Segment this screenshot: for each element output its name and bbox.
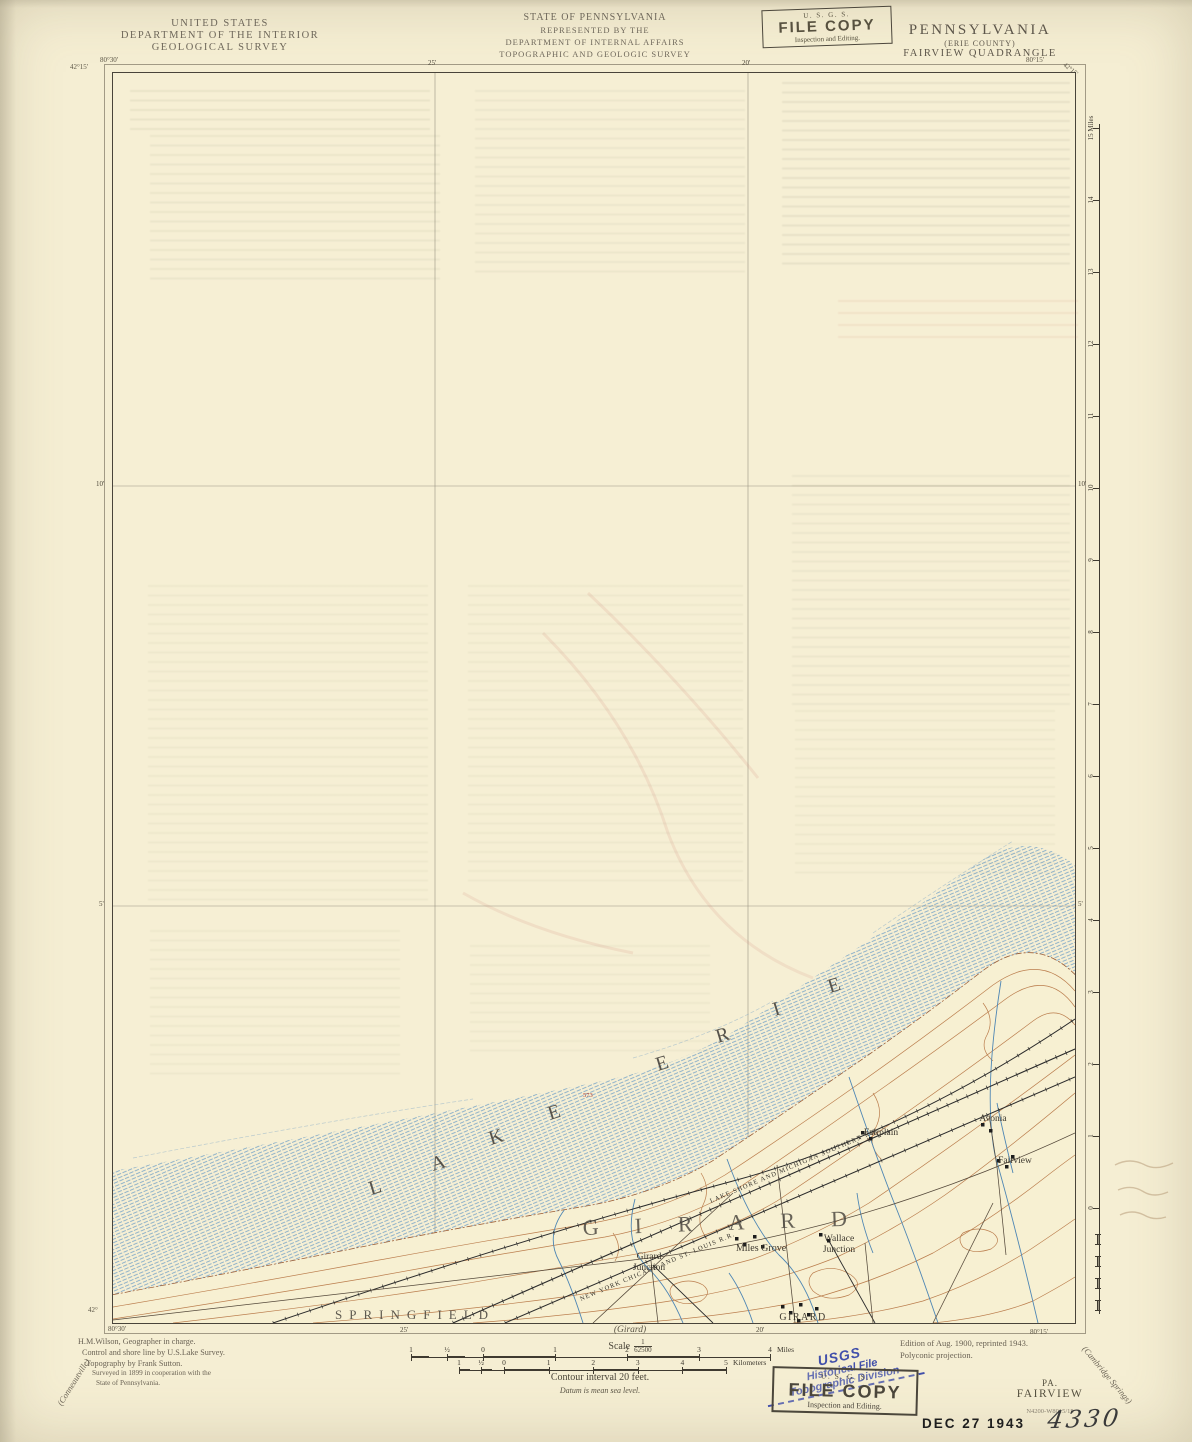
edge-tick-top-25: 25' <box>428 59 436 67</box>
km-label: 5 <box>724 1358 728 1367</box>
credit-line: Control and shore line by U.S.Lake Surve… <box>82 1347 338 1358</box>
place-miles-grove: Miles Grove <box>736 1243 787 1254</box>
corner-lon-tl: 80°30' <box>100 56 118 64</box>
stamp-line: FILE COPY <box>782 1379 908 1402</box>
state-line: TOPOGRAPHIC AND GEOLOGIC SURVEY <box>455 48 735 60</box>
bleedthrough-curves <box>463 593 813 978</box>
miles-label: 1 <box>409 1345 413 1354</box>
place-girard-junction: Girard <box>637 1252 662 1262</box>
scanned-topo-map-sheet: UNITED STATES DEPARTMENT OF THE INTERIOR… <box>0 0 1192 1442</box>
km-label: 2 <box>591 1358 595 1367</box>
miles-label: 3 <box>697 1345 701 1354</box>
contour-interval-note: Contour interval 20 feet. <box>420 1372 780 1383</box>
ruler-tick-label: 7 <box>1087 688 1095 720</box>
sheet-state-abbr: PA. <box>998 1378 1102 1388</box>
credit-line: State of Pennsylvania. <box>96 1379 338 1389</box>
handwritten-number: 4330 <box>1046 1404 1123 1435</box>
ruler-tick-label: 12 <box>1087 328 1095 360</box>
ruler-tick-label: 10 <box>1087 472 1095 504</box>
ruler-tick-label: 9 <box>1087 544 1095 576</box>
ruler-tick-label: 2 <box>1087 1048 1095 1080</box>
margin-mileage-ruler: 15 Miles 14 13 12 11 10 9 8 7 6 5 4 3 2 … <box>1082 124 1116 1320</box>
km-label: ½ <box>478 1358 484 1367</box>
place-wallace-junction: Junction <box>823 1245 855 1255</box>
ruler-subdivision-mark <box>1095 1278 1101 1289</box>
miles-label: 0 <box>481 1345 485 1354</box>
credit-line: Topography by Frank Sutton. <box>86 1358 338 1369</box>
ruler-tick-label: 0 <box>1087 1192 1095 1224</box>
ruler-tick-label: 8 <box>1087 616 1095 648</box>
corner-lon-bl: 80°30' <box>108 1325 126 1333</box>
place-fairview: Fairview <box>998 1156 1032 1166</box>
township-label-springfield: SPRINGFIELD <box>335 1307 495 1322</box>
ruler-tick-label: 1 <box>1087 1120 1095 1152</box>
state-line: STATE OF PENNSYLVANIA <box>455 12 735 24</box>
file-copy-stamp-bottom: U. S. G. S. FILE COPY Inspection and Edi… <box>771 1366 918 1416</box>
scan-edge-shadow <box>0 0 1192 8</box>
km-label: 4 <box>681 1358 685 1367</box>
agency-line: UNITED STATES <box>100 18 340 30</box>
ruler-tick-label: 15 Miles <box>1087 105 1095 151</box>
ruler-tick-label: 14 <box>1087 184 1095 216</box>
ruler-subdivision-mark <box>1095 1234 1101 1245</box>
miles-unit: Miles <box>777 1345 794 1354</box>
file-copy-stamp-top: U. S. G. S. FILE COPY Inspection and Edi… <box>761 6 892 49</box>
lake-elevation-label: 573 <box>583 1092 593 1099</box>
sheet-title-county: (ERIE COUNTY) <box>880 39 1080 48</box>
scale-fraction: 162500 <box>634 1339 652 1354</box>
corner-lon-br: 80°15' <box>1030 1328 1048 1336</box>
corner-lon-tr: 80°15' <box>1026 56 1044 64</box>
ruler-tick-label: 13 <box>1087 256 1095 288</box>
map-artwork: L A K E E R I E 573 GIRARD SPRINGFIELD L… <box>113 73 1075 1323</box>
agency-heading: UNITED STATES DEPARTMENT OF THE INTERIOR… <box>100 18 340 54</box>
km-label: 1 <box>457 1358 461 1367</box>
sheet-title-state: PENNSYLVANIA <box>880 22 1080 39</box>
corner-lat-bl: 42° <box>88 1306 98 1314</box>
km-label: 0 <box>502 1358 506 1367</box>
date-stamp: DEC 27 1943 <box>922 1416 1025 1431</box>
datum-note: Datum is mean sea level. <box>420 1386 780 1395</box>
state-line: REPRESENTED BY THE <box>455 24 735 36</box>
ruler-subdivision-mark <box>1095 1300 1101 1311</box>
state-heading: STATE OF PENNSYLVANIA REPRESENTED BY THE… <box>455 12 735 60</box>
ruler-subdivision-mark <box>1095 1256 1101 1267</box>
corner-lat-tl: 42°15' <box>70 63 88 71</box>
miles-label: 4 <box>768 1345 772 1354</box>
sheet-name: FAIRVIEW <box>998 1388 1102 1400</box>
ruler-tick-label: 4 <box>1087 904 1095 936</box>
state-line: DEPARTMENT OF INTERNAL AFFAIRS <box>455 36 735 48</box>
edge-tick-bottom-20: 20' <box>756 1326 764 1334</box>
miles-label: 2 <box>625 1345 629 1354</box>
edge-tick-left-5: 5' <box>99 900 104 908</box>
agency-line: DEPARTMENT OF THE INTERIOR <box>100 30 340 42</box>
pencil-note <box>1110 1150 1190 1240</box>
ruler-tick-label: 11 <box>1087 400 1095 432</box>
sheet-title: PENNSYLVANIA (ERIE COUNTY) FAIRVIEW QUAD… <box>880 22 1080 59</box>
credit-line: H.M.Wilson, Geographer in charge. <box>78 1336 338 1347</box>
km-label: 3 <box>636 1358 640 1367</box>
edge-tick-bottom-25: 25' <box>400 1326 408 1334</box>
map-body: L A K E E R I E 573 GIRARD SPRINGFIELD L… <box>112 72 1076 1324</box>
miles-label: 1 <box>553 1345 557 1354</box>
edge-tick-left-10: 10' <box>96 480 104 488</box>
adjoining-quad-s: (Girard) <box>530 1325 730 1335</box>
place-girard-town: GIRARD <box>779 1312 826 1323</box>
scan-edge-shadow <box>0 0 16 1442</box>
sheet-title-quad: FAIRVIEW QUADRANGLE <box>880 48 1080 59</box>
place-avonia: Avonia <box>979 1114 1007 1124</box>
place-wallace-junction: Wallace <box>824 1234 854 1244</box>
ruler-tick-label: 6 <box>1087 760 1095 792</box>
scale-denominator: 62500 <box>634 1347 652 1354</box>
miles-label: ½ <box>444 1345 450 1354</box>
ruler-tick-label: 3 <box>1087 976 1095 1008</box>
credits-block: H.M.Wilson, Geographer in charge. Contro… <box>78 1336 338 1388</box>
credit-line: Surveyed in 1899 in cooperation with the <box>92 1369 338 1379</box>
place-fairplain: Fairplain <box>864 1128 899 1138</box>
edge-tick-top-20: 20' <box>742 59 750 67</box>
ruler-tick-label: 5 <box>1087 832 1095 864</box>
km-label: 1 <box>547 1358 551 1367</box>
place-girard-junction: Junction <box>633 1263 665 1273</box>
agency-line: GEOLOGICAL SURVEY <box>100 42 340 54</box>
